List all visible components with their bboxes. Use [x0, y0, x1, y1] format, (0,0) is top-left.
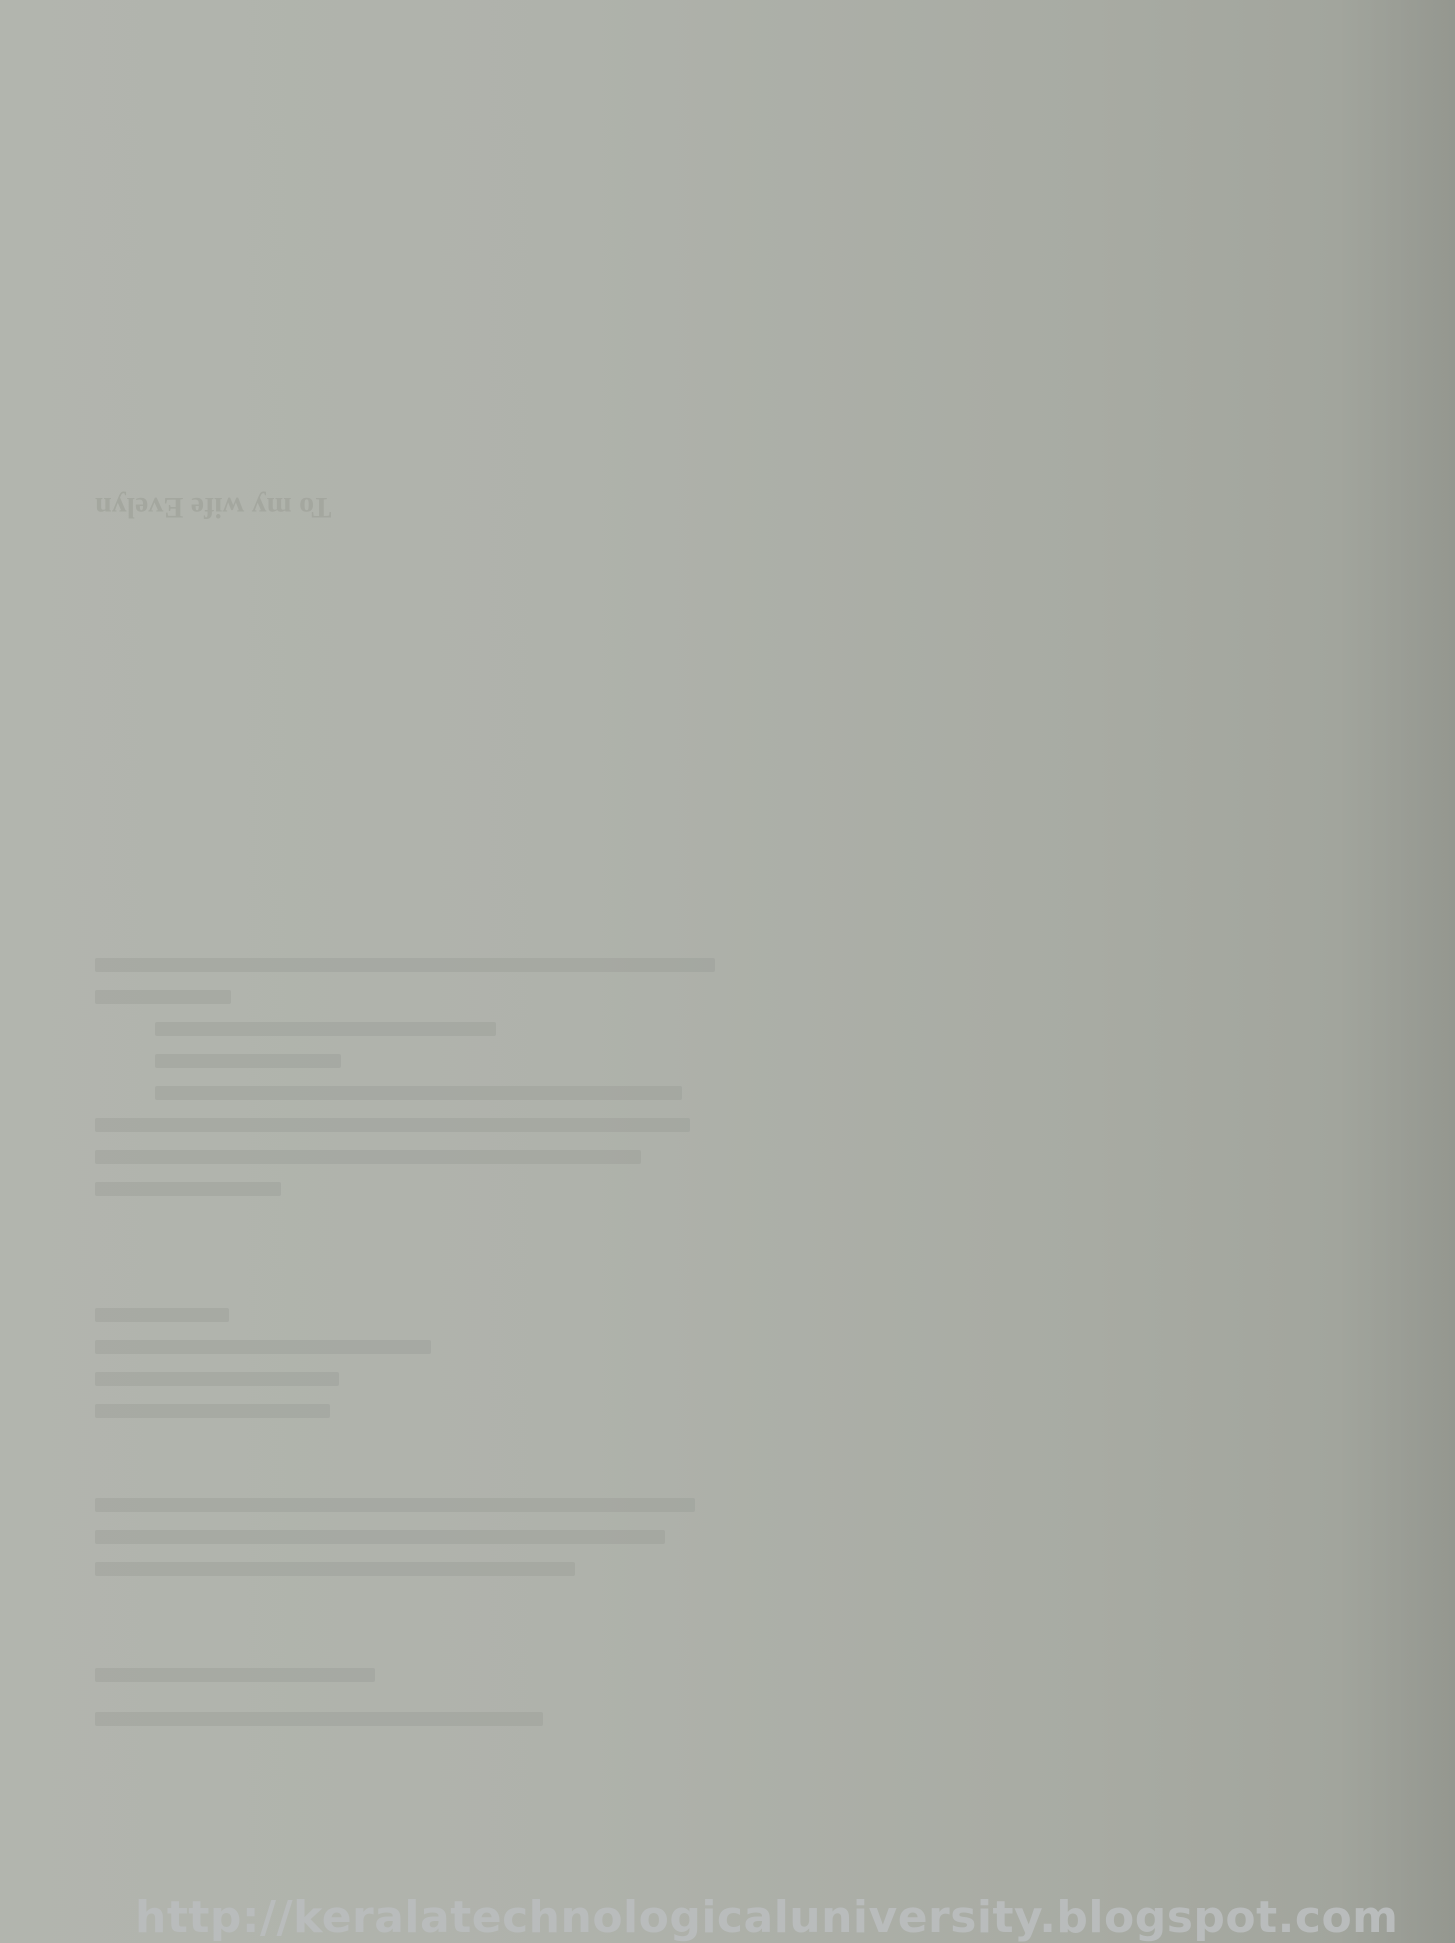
- faded-text-block-4: [95, 1650, 655, 1744]
- watermark-url: http://keralatechnologicaluniversity.blo…: [135, 1892, 1399, 1943]
- faded-text-block-3: [95, 1480, 695, 1594]
- bleed-through-dedication: To my wife Evelyn: [95, 490, 331, 524]
- faded-text-block-1: [95, 940, 715, 1214]
- page-edge-shadow: [1335, 0, 1455, 1943]
- faded-text-block-2: [95, 1290, 515, 1436]
- scanned-page: To my wife Evelyn http://keralatechnolog…: [0, 0, 1455, 1943]
